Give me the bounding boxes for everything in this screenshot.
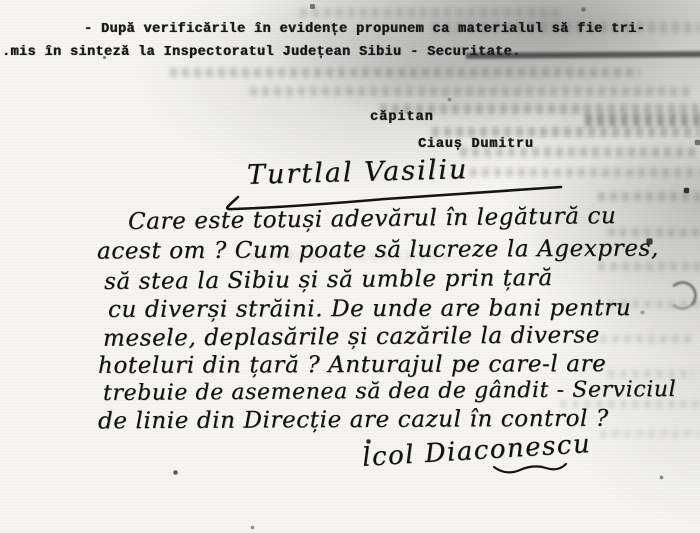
- handwritten-line: cu diverși străini. De unde are bani pen…: [108, 295, 631, 323]
- handwritten-line: trebuie de asemenea să dea de gândit - S…: [103, 377, 676, 406]
- handwritten-line: să stea la Sibiu și să umble prin țară: [104, 265, 553, 295]
- handwritten-line: Care este totuși adevărul în legătură cu: [128, 203, 617, 235]
- ghost-bleedthrough-bar: [600, 335, 696, 343]
- handwritten-line: acest om ? Cum poate să lucreze la Agexp…: [97, 236, 659, 265]
- ghost-bleedthrough-bar: [585, 114, 700, 126]
- typed-officer-name: Ciauș Dumitru: [418, 137, 534, 152]
- typed-rank: căpitan: [370, 110, 434, 125]
- handwritten-line: hoteluri din țară ? Anturajul pe care-l …: [98, 351, 606, 379]
- ghost-bleedthrough-bar: [250, 87, 690, 96]
- ink-smudge-line: [466, 51, 700, 59]
- handwritten-line: de linie din Direcție are cazul în contr…: [98, 406, 609, 435]
- ghost-bleedthrough-bar: [598, 192, 700, 201]
- ghost-bleedthrough-bar: [300, 8, 560, 17]
- ghost-bleedthrough-bar: [170, 68, 640, 77]
- signature-flourish-stroke: [492, 461, 570, 479]
- ghost-bleedthrough-bar: [470, 168, 700, 177]
- scan-circle-artifact: [668, 281, 697, 310]
- typed-paragraph-line-1: - După verificările în evidențe propunem…: [84, 22, 645, 37]
- typed-paragraph-line-2: .mis în sinteză la Inspectoratul Județea…: [2, 45, 521, 60]
- ghost-bleedthrough-bar: [598, 262, 700, 271]
- ghost-bleedthrough-bar: [600, 430, 700, 438]
- scan-speckles: [0, 0, 1, 1]
- ghost-bleedthrough-bar: [432, 127, 700, 137]
- scanned-document-page: - După verificările în evidențe propunem…: [0, 0, 700, 533]
- handwritten-line: mesele, deplasările și cazările la diver…: [103, 322, 600, 351]
